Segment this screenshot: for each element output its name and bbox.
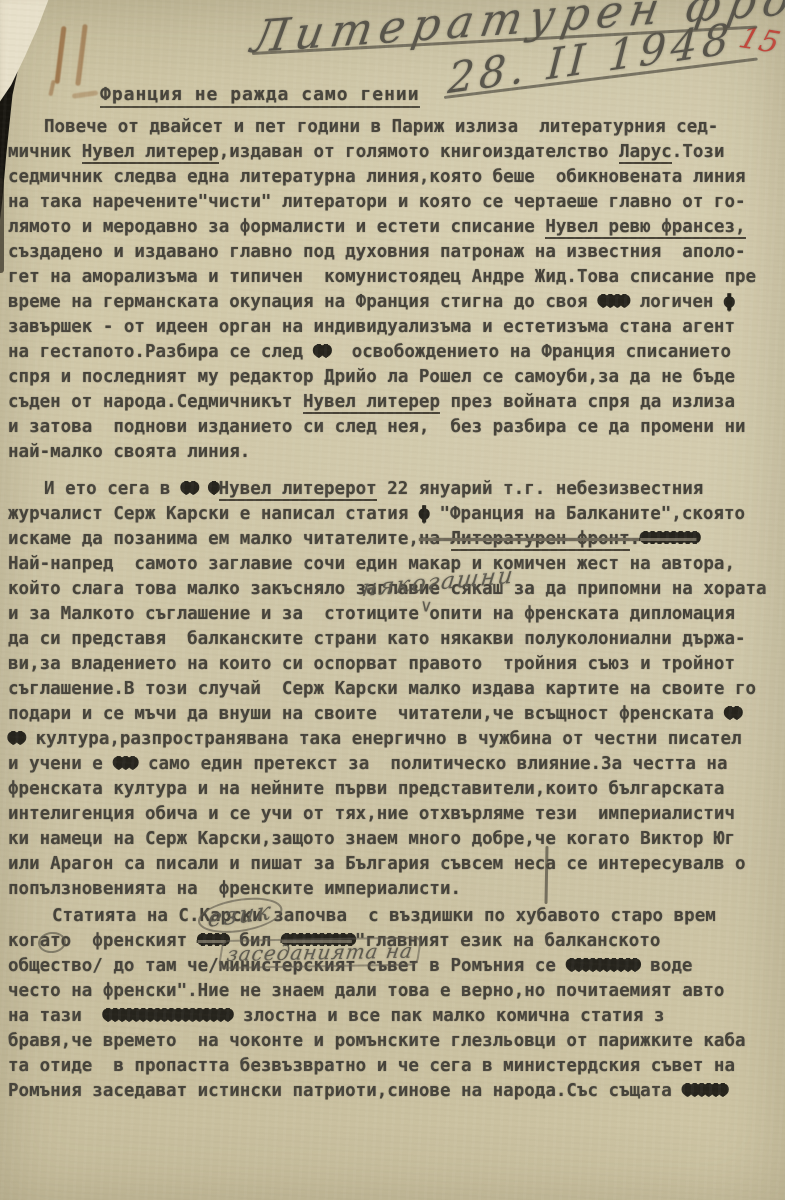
text-segment: седмичник следва една литературна линия,… bbox=[8, 167, 746, 187]
text-segment: най-малко своята линия. bbox=[8, 442, 250, 462]
text-segment: когато френският bbox=[8, 931, 198, 951]
text-line: гет на аморализъма и типичен комунистояд… bbox=[8, 265, 783, 290]
text-line: и затова поднови изданието си след нея, … bbox=[8, 415, 783, 440]
rust-stain bbox=[54, 26, 66, 84]
text-segment: ф bbox=[419, 504, 429, 524]
text-line: да си представя балканските страни като … bbox=[8, 627, 783, 652]
text-segment: искаме да позанима ем малко читателите, bbox=[8, 529, 419, 549]
text-segment: и за Малкото съглашение и за стотиците о… bbox=[8, 604, 735, 624]
text-segment: 22 януарий т.г. небезизвестния bbox=[377, 479, 704, 499]
text-line: най-малко своята линия. bbox=[8, 440, 783, 465]
text-segment: на bbox=[419, 529, 451, 549]
text-segment: ФФ bbox=[314, 342, 331, 362]
text-line: та отиде в пропастта безвъзвратно и че с… bbox=[8, 1054, 783, 1079]
text-line: попълзновенията на френските империалист… bbox=[8, 877, 783, 902]
text-segment: логичен bbox=[629, 292, 724, 312]
text-line: често на френски".Ние не знаем дали това… bbox=[8, 979, 783, 1004]
text-segment: през войната спря да излиза bbox=[440, 392, 735, 412]
text-segment: ки намеци на Серж Карски,защото знаем мн… bbox=[8, 829, 735, 849]
text-segment: Литературен фронт bbox=[451, 529, 630, 551]
rust-stain bbox=[75, 24, 88, 86]
text-segment: интелигенция обича и се учи от тях,ние о… bbox=[8, 804, 735, 824]
text-segment: или Арагон са писали и пишат за България… bbox=[8, 854, 746, 874]
handwritten-insert-zasedaniyata: заседанията на bbox=[218, 936, 423, 969]
text-line: Ромъния заседават истински патриоти,сино… bbox=[8, 1079, 783, 1104]
text-line: съглашение.В този случай Серж Карски мал… bbox=[8, 677, 783, 702]
text-line: Статията на С.Карски започва с въздишки … bbox=[8, 904, 783, 929]
text-segment: .Този bbox=[672, 142, 725, 162]
text-segment: ФФ bbox=[181, 479, 198, 499]
document-title: Франция не ражда само гении bbox=[100, 84, 420, 108]
text-segment: и затова поднови изданието си след нея, … bbox=[8, 417, 746, 437]
paragraph: Повече от двайсет и пет години в Париж и… bbox=[8, 115, 783, 465]
text-segment: Нувел литерер bbox=[82, 142, 219, 164]
text-line: и учени е ФФФ само един претекст за поли… bbox=[8, 752, 783, 777]
text-segment: често на френски".Ние не знаем дали това… bbox=[8, 981, 724, 1001]
text-segment: ФФ bbox=[8, 729, 25, 749]
handwritten-insert-caret: ∨ bbox=[419, 596, 433, 617]
text-line: на тази ФФФФФФФФФФФФФФФФФФ злостна и все… bbox=[8, 1004, 783, 1029]
text-segment: Нувел литерер bbox=[303, 392, 440, 414]
text-line: завършек - от идеен орган на индивидуали… bbox=[8, 315, 783, 340]
text-segment: Ромъния заседават истински патриоти,сино… bbox=[8, 1081, 682, 1101]
text-line: седмичник следва една литературна линия,… bbox=[8, 165, 783, 190]
text-segment bbox=[198, 479, 209, 499]
text-segment: ФФФФФФФФФФФФФФФФФФ bbox=[103, 1006, 233, 1026]
text-line: създадено и издавано главно под духовния… bbox=[8, 240, 783, 265]
text-segment: та отиде в пропастта безвъзвратно и че с… bbox=[8, 1056, 735, 1076]
text-segment: Нувел ревю франсез, bbox=[545, 217, 745, 239]
text-segment: бравя,че времето на чоконте и ромънските… bbox=[8, 1031, 746, 1051]
text-line: време на германската окупация на Франция… bbox=[8, 290, 783, 315]
text-line: и за Малкото съглашение и за стотиците о… bbox=[8, 602, 783, 627]
text-segment: на тази bbox=[8, 1006, 103, 1026]
text-line: И ето сега в ФФ ФНувел литерерот 22 януа… bbox=[8, 477, 783, 502]
text-line: лямото и меродавно за формалисти и естет… bbox=[8, 215, 783, 240]
text-segment: завършек - от идеен орган на индивидуали… bbox=[8, 317, 735, 337]
text-line: или Арагон са писали и пишат за България… bbox=[8, 852, 783, 877]
text-segment: ф bbox=[724, 292, 734, 312]
text-line: бравя,че времето на чоконте и ромънските… bbox=[8, 1029, 783, 1054]
text-segment: лямото и меродавно за формалисти и естет… bbox=[8, 217, 545, 237]
text-line: ФФ култура,разпространявана така енергич… bbox=[8, 727, 783, 752]
text-segment: мичник bbox=[8, 142, 82, 162]
text-segment: Най-напред самото заглавие сочи един мак… bbox=[8, 554, 735, 574]
text-segment: ви,за владението на които си оспорват пр… bbox=[8, 654, 735, 674]
text-line: съден от народа.Седмичникът Нувел литере… bbox=[8, 390, 783, 415]
text-segment: подари и се мъчи да внуши на своите чита… bbox=[8, 704, 724, 724]
left-edge-shadow bbox=[0, 178, 4, 273]
text-segment: ,издаван от голямото книгоиздателство bbox=[219, 142, 619, 162]
text-segment: ФФФФ bbox=[598, 292, 629, 312]
text-segment: на така наречените"чисти" литератори и к… bbox=[8, 192, 746, 212]
text-line: ки намеци на Серж Карски,защото знаем мн… bbox=[8, 827, 783, 852]
text-segment: ФФФФФФФФФФ bbox=[566, 956, 639, 976]
text-segment: на гестапото.Разбира се след bbox=[8, 342, 314, 362]
text-segment: да си представя балканските страни като … bbox=[8, 629, 746, 649]
text-segment: френската култура и на нейните първи пре… bbox=[8, 779, 724, 799]
text-line: искаме да позанима ем малко читателите,н… bbox=[8, 527, 783, 552]
text-line: на така наречените"чисти" литератори и к… bbox=[8, 190, 783, 215]
text-segment: Нувел литерерот bbox=[219, 479, 377, 501]
text-line: Повече от двайсет и пет години в Париж и… bbox=[8, 115, 783, 140]
text-segment: журчалист Серж Карски е написал статия bbox=[8, 504, 419, 524]
text-segment: Повече от двайсет и пет години в Париж и… bbox=[44, 117, 718, 137]
text-segment: ФФ bbox=[724, 704, 741, 724]
text-segment: култура,разпространявана така енергично … bbox=[25, 729, 741, 749]
text-segment: съглашение.В този случай Серж Карски мал… bbox=[8, 679, 756, 699]
text-segment: гет на аморализъма и типичен комунистояд… bbox=[8, 267, 756, 287]
text-segment: . bbox=[630, 529, 641, 549]
text-line: спря и последният му редактор Дрийо ла Р… bbox=[8, 365, 783, 390]
text-segment: ФФФФФФФФ bbox=[640, 529, 699, 549]
text-line: на гестапото.Разбира се след ФФ освобожд… bbox=[8, 340, 783, 365]
text-line: мичник Нувел литерер,издаван от голямото… bbox=[8, 140, 783, 165]
text-segment: спря и последният му редактор Дрийо ла Р… bbox=[8, 367, 735, 387]
text-segment: ФФФФФФ bbox=[682, 1081, 727, 1101]
text-segment: Ф bbox=[209, 479, 219, 499]
text-segment: създадено и издавано главно под духовния… bbox=[8, 242, 746, 262]
text-segment: Ларус bbox=[619, 142, 672, 164]
paragraph: И ето сега в ФФ ФНувел литерерот 22 януа… bbox=[8, 477, 783, 902]
text-segment: съден от народа.Седмичникът bbox=[8, 392, 303, 412]
text-line: ви,за владението на които си оспорват пр… bbox=[8, 652, 783, 677]
scanned-document-page: Франция не ражда само гении Повече от дв… bbox=[0, 0, 785, 1200]
text-segment: време на германската окупация на Франция… bbox=[8, 292, 598, 312]
text-segment: И ето сега в bbox=[44, 479, 181, 499]
text-segment: попълзновенията на френските империалист… bbox=[8, 879, 461, 899]
text-segment: ФФФ bbox=[113, 754, 137, 774]
text-segment: освобождението на Франция списанието bbox=[331, 342, 731, 362]
text-segment: "Франция на Балканите",скоято bbox=[429, 504, 745, 524]
text-segment: Статията на С.Карски започва с въздишки … bbox=[52, 906, 716, 926]
text-segment: и учени е bbox=[8, 754, 113, 774]
text-line: френската култура и на нейните първи пре… bbox=[8, 777, 783, 802]
text-line: интелигенция обича и се учи от тях,ние о… bbox=[8, 802, 783, 827]
text-segment: воде bbox=[640, 956, 693, 976]
text-line: журчалист Серж Карски е написал статия ф… bbox=[8, 502, 783, 527]
text-segment: само един претекст за политическо влияни… bbox=[137, 754, 727, 774]
text-segment: злостна и все пак малко комична статия з bbox=[232, 1006, 664, 1026]
paragraph: Статията на С.Карски започва с въздишки … bbox=[8, 904, 783, 1104]
text-line: подари и се мъчи да внуши на своите чита… bbox=[8, 702, 783, 727]
